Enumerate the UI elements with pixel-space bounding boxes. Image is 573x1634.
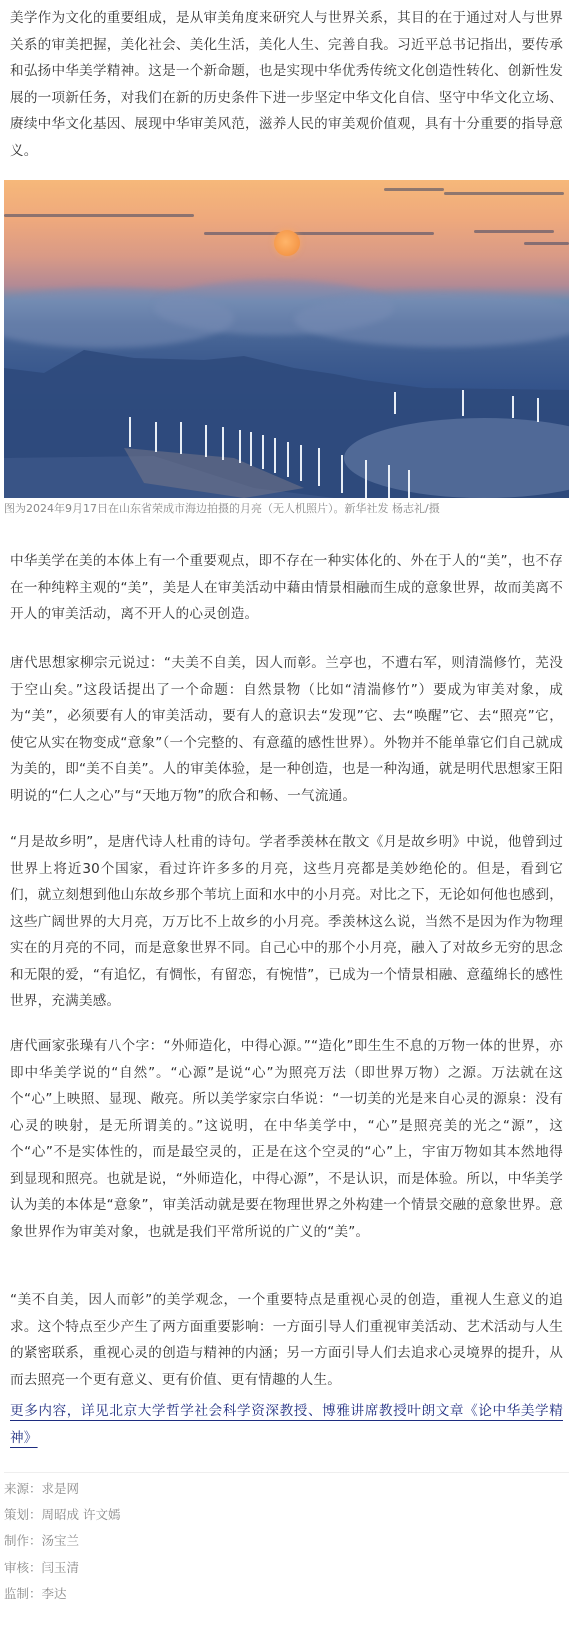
- cloud-streak: [474, 230, 554, 233]
- article-figure: 图为2024年9月17日在山东省荣成市海边拍摄的月亮（无人机照片）。新华社发 杨…: [4, 180, 569, 518]
- credit-label: 来源：: [4, 1481, 42, 1496]
- wind-turbine: [274, 438, 276, 473]
- credit-value: 李达: [42, 1586, 67, 1601]
- cloud-streak: [524, 242, 569, 245]
- credit-planning: 策划：周昭成 许文嫣: [4, 1502, 121, 1528]
- body-paragraph-3: “月是故乡明”，是唐代诗人杜甫的诗句。学者季羡林在散文《月是故乡明》中说，他曾到…: [0, 829, 573, 1015]
- credit-production: 制作：汤宝兰: [4, 1528, 121, 1554]
- wind-turbine: [155, 422, 157, 452]
- wind-turbine: [222, 427, 224, 460]
- credit-label: 监制：: [4, 1586, 42, 1601]
- intro-paragraph: 美学作为文化的重要组成，是从审美角度来研究人与世界关系，其目的在于通过对人与世界…: [0, 5, 573, 164]
- wind-turbine: [180, 422, 182, 454]
- body-paragraph-5: “美不自美，因人而彰”的美学观念，一个重要特点是重视心灵的创造，重视人生意义的追…: [0, 1287, 573, 1393]
- wind-turbine: [408, 470, 410, 498]
- wind-turbine: [394, 392, 396, 414]
- credit-value: 闫玉清: [42, 1560, 80, 1575]
- credit-value: 周昭成 许文嫣: [42, 1507, 121, 1522]
- figure-caption: 图为2024年9月17日在山东省荣成市海边拍摄的月亮（无人机照片）。新华社发 杨…: [4, 500, 569, 518]
- credit-label: 制作：: [4, 1533, 42, 1548]
- cloud-streak: [4, 214, 194, 217]
- wind-turbine: [287, 442, 289, 477]
- wind-turbine: [129, 417, 131, 447]
- wind-turbine: [318, 448, 320, 486]
- credit-label: 策划：: [4, 1507, 42, 1522]
- wind-turbine: [537, 398, 539, 422]
- wind-turbine: [300, 445, 302, 481]
- wind-turbine: [388, 465, 390, 498]
- wind-turbine: [341, 455, 343, 493]
- moon-icon: [274, 230, 300, 256]
- cloud-streak: [384, 188, 444, 191]
- wind-turbine: [512, 396, 514, 418]
- credit-value: 汤宝兰: [42, 1533, 80, 1548]
- credits-divider: [4, 1472, 569, 1473]
- moon-over-sea-photo: [4, 180, 569, 498]
- credits-block: 来源：求是网 策划：周昭成 许文嫣 制作：汤宝兰 审核：闫玉清 监制：李达: [4, 1476, 121, 1607]
- credit-supervision: 监制：李达: [4, 1581, 121, 1607]
- credit-source: 来源：求是网: [4, 1476, 121, 1502]
- credit-label: 审核：: [4, 1560, 42, 1575]
- wind-turbine: [262, 435, 264, 469]
- cloud-streak: [204, 232, 434, 235]
- wind-turbine: [462, 390, 464, 416]
- body-paragraph-1: 中华美学在美的本体上有一个重要观点，即不存在一种实体化的、外在于人的“美”，也不…: [0, 548, 573, 628]
- credit-review: 审核：闫玉清: [4, 1555, 121, 1581]
- wind-turbine: [205, 425, 207, 457]
- wind-turbine: [365, 460, 367, 498]
- wind-turbine: [239, 430, 241, 463]
- body-paragraph-2: 唐代思想家柳宗元说过：“夫美不自美，因人而彰。兰亭也，不遭右军，则清湍修竹，芜没…: [0, 650, 573, 809]
- cloud-streak: [444, 192, 564, 195]
- more-content-link[interactable]: 更多内容，详见北京大学哲学社会科学资深教授、博雅讲席教授叶朗文章《论中华美学精神…: [10, 1398, 563, 1451]
- credit-value: 求是网: [42, 1481, 80, 1496]
- body-paragraph-4: 唐代画家张璪有八个字：“外师造化，中得心源。”“造化”即生生不息的万物一体的世界…: [0, 1033, 573, 1245]
- wind-turbine: [250, 432, 252, 466]
